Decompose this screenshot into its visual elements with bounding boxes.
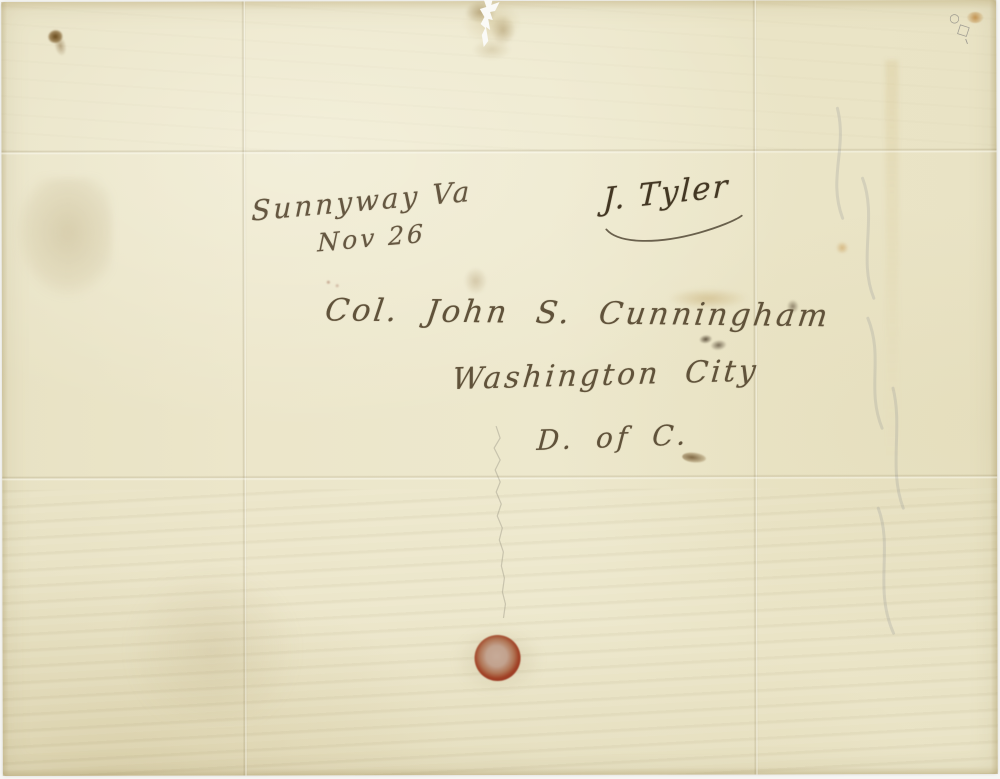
pencil-dash-icon: – xyxy=(958,36,974,47)
paper-edge-right xyxy=(989,0,998,774)
frank-signature-handwriting: J. Tyler xyxy=(602,168,729,218)
yellow-smear xyxy=(668,288,748,308)
pencil-square-icon: □ xyxy=(955,22,971,40)
date-line-handwriting: Nov 26 xyxy=(317,219,426,258)
paper-edge-bottom xyxy=(3,767,998,776)
foxing-spot-top-right xyxy=(967,12,983,23)
ink-stain-top-left xyxy=(40,23,76,63)
horizontal-fold-top xyxy=(2,148,997,155)
horizontal-fold-middle xyxy=(2,474,997,481)
city-line-handwriting: Washington City xyxy=(451,353,761,397)
ink-showthrough-marks xyxy=(807,88,978,648)
recipient-line-handwriting: Col. John S. Cunningham xyxy=(323,292,833,334)
paper-wrinkles-top xyxy=(1,0,996,152)
place-line-handwriting: Sunnyway Va xyxy=(251,175,472,228)
scanned-letter-photo: Sunnyway Va Nov 26 J. Tyler Col. John S.… xyxy=(0,0,1000,779)
vertical-fold-right xyxy=(752,0,759,774)
envelope-paper: Sunnyway Va Nov 26 J. Tyler Col. John S.… xyxy=(1,0,998,776)
vertical-fold-left xyxy=(241,2,248,776)
pencil-circle-icon: ○ xyxy=(949,11,960,25)
district-line-handwriting: D. of C. xyxy=(536,418,691,457)
foxing-spot-right xyxy=(836,242,849,253)
paper-edge-left xyxy=(1,2,9,776)
ink-smudge xyxy=(695,328,732,355)
faint-stain-bottom-left xyxy=(122,561,302,721)
tear-stain xyxy=(444,0,539,73)
seal-shadow xyxy=(452,625,544,695)
paper-tear-hole xyxy=(469,0,507,49)
faint-smudge-under-date xyxy=(464,267,488,295)
paper-edge-top xyxy=(1,0,996,11)
brown-stain-dash xyxy=(682,451,707,463)
paper-wrinkles-bottom xyxy=(2,488,998,776)
red-specks xyxy=(322,277,344,291)
ink-smudge-small xyxy=(781,296,805,316)
crease-line-to-seal xyxy=(484,421,514,633)
discoloration-band xyxy=(885,60,899,460)
faint-stain-left xyxy=(16,178,112,298)
red-wax-seal-icon xyxy=(475,635,521,681)
signature-flourish xyxy=(598,213,749,250)
